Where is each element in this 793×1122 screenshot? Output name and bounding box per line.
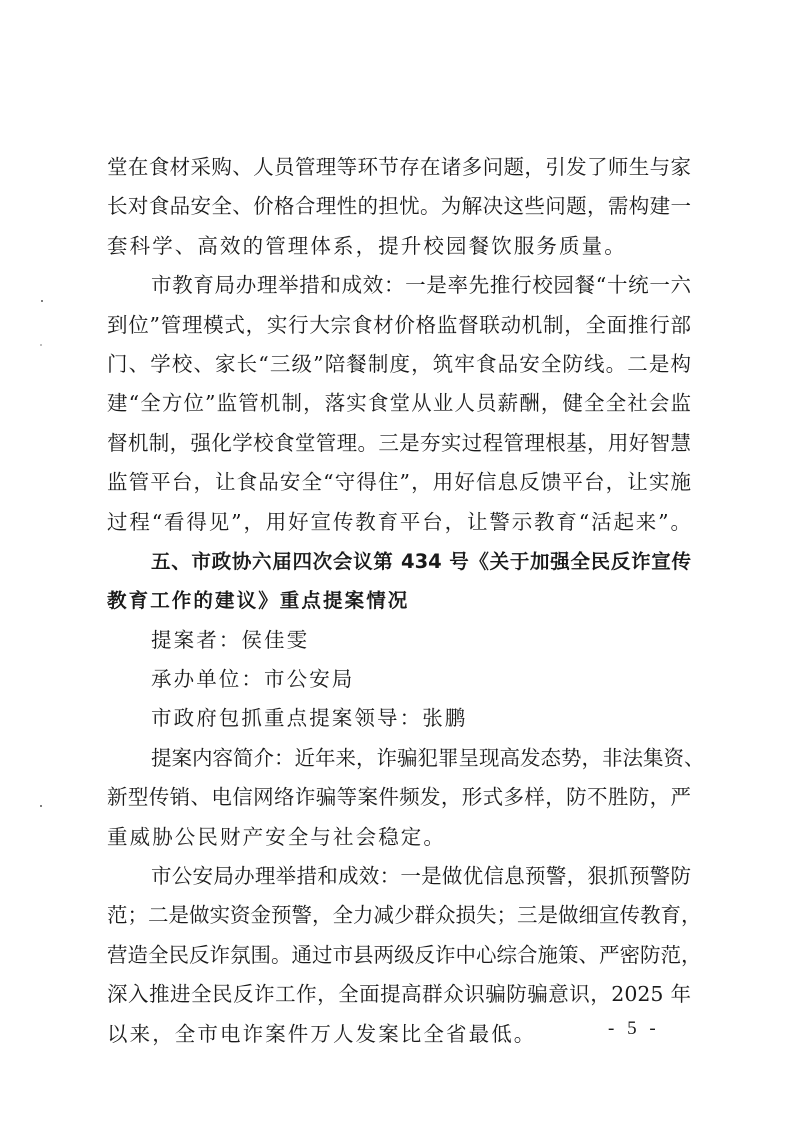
- leader-line: 市政府包抓重点提案领导：张鹏: [107, 699, 691, 738]
- text-line: 新型传销、电信网络诈骗等案件频发，形式多样，防不胜防，严: [107, 778, 691, 817]
- document-page: 堂在食材采购、人员管理等环节存在诸多问题，引发了师生与家 长对食品安全、价格合理…: [107, 148, 691, 1054]
- section-heading: 五、市政协六届四次会议第 434 号《关于加强全民反诈宣传: [107, 542, 691, 581]
- text-line: 过程“看得见”，用好宣传教育平台，让警示教育“活起来”。: [107, 503, 691, 542]
- paragraph-start: 市教育局办理举措和成效：一是率先推行校园餐“十统一六: [107, 266, 691, 305]
- text-line: 长对食品安全、价格合理性的担忧。为解决这些问题，需构建一: [107, 187, 691, 226]
- text-line: 建“全方位”监管机制，落实食堂从业人员薪酬，健全全社会监: [107, 384, 691, 423]
- text-line: 深入推进全民反诈工作，全面提高群众识骗防骗意识，2025 年: [107, 975, 691, 1014]
- paragraph-start: 市公安局办理举措和成效：一是做优信息预警，狠抓预警防: [107, 857, 691, 896]
- section-heading-cont: 教育工作的建议》重点提案情况: [107, 581, 691, 620]
- page-number: - 5 -: [608, 1018, 660, 1040]
- scan-speck: [40, 344, 42, 346]
- proposer-line: 提案者：侯佳雯: [107, 621, 691, 660]
- text-line: 以来，全市电诈案件万人发案比全省最低。: [107, 1015, 691, 1054]
- handling-unit-line: 承办单位：市公安局: [107, 660, 691, 699]
- text-line: 监管平台，让食品安全“守得住”，用好信息反馈平台，让实施: [107, 463, 691, 502]
- paragraph-start: 提案内容简介：近年来，诈骗犯罪呈现高发态势，非法集资、: [107, 739, 691, 778]
- text-line: 重威胁公民财产安全与社会稳定。: [107, 818, 691, 857]
- text-line: 套科学、高效的管理体系，提升校园餐饮服务质量。: [107, 227, 691, 266]
- text-line: 到位”管理模式，实行大宗食材价格监督联动机制，全面推行部: [107, 306, 691, 345]
- scan-speck: [40, 805, 42, 807]
- text-line: 堂在食材采购、人员管理等环节存在诸多问题，引发了师生与家: [107, 148, 691, 187]
- text-line: 范；二是做实资金预警，全力减少群众损失；三是做细宣传教育，: [107, 896, 691, 935]
- text-line: 门、学校、家长“三级”陪餐制度，筑牢食品安全防线。二是构: [107, 345, 691, 384]
- scan-speck: [41, 300, 43, 302]
- text-line: 督机制，强化学校食堂管理。三是夯实过程管理根基，用好智慧: [107, 424, 691, 463]
- text-line: 营造全民反诈氛围。通过市县两级反诈中心综合施策、严密防范，: [107, 936, 691, 975]
